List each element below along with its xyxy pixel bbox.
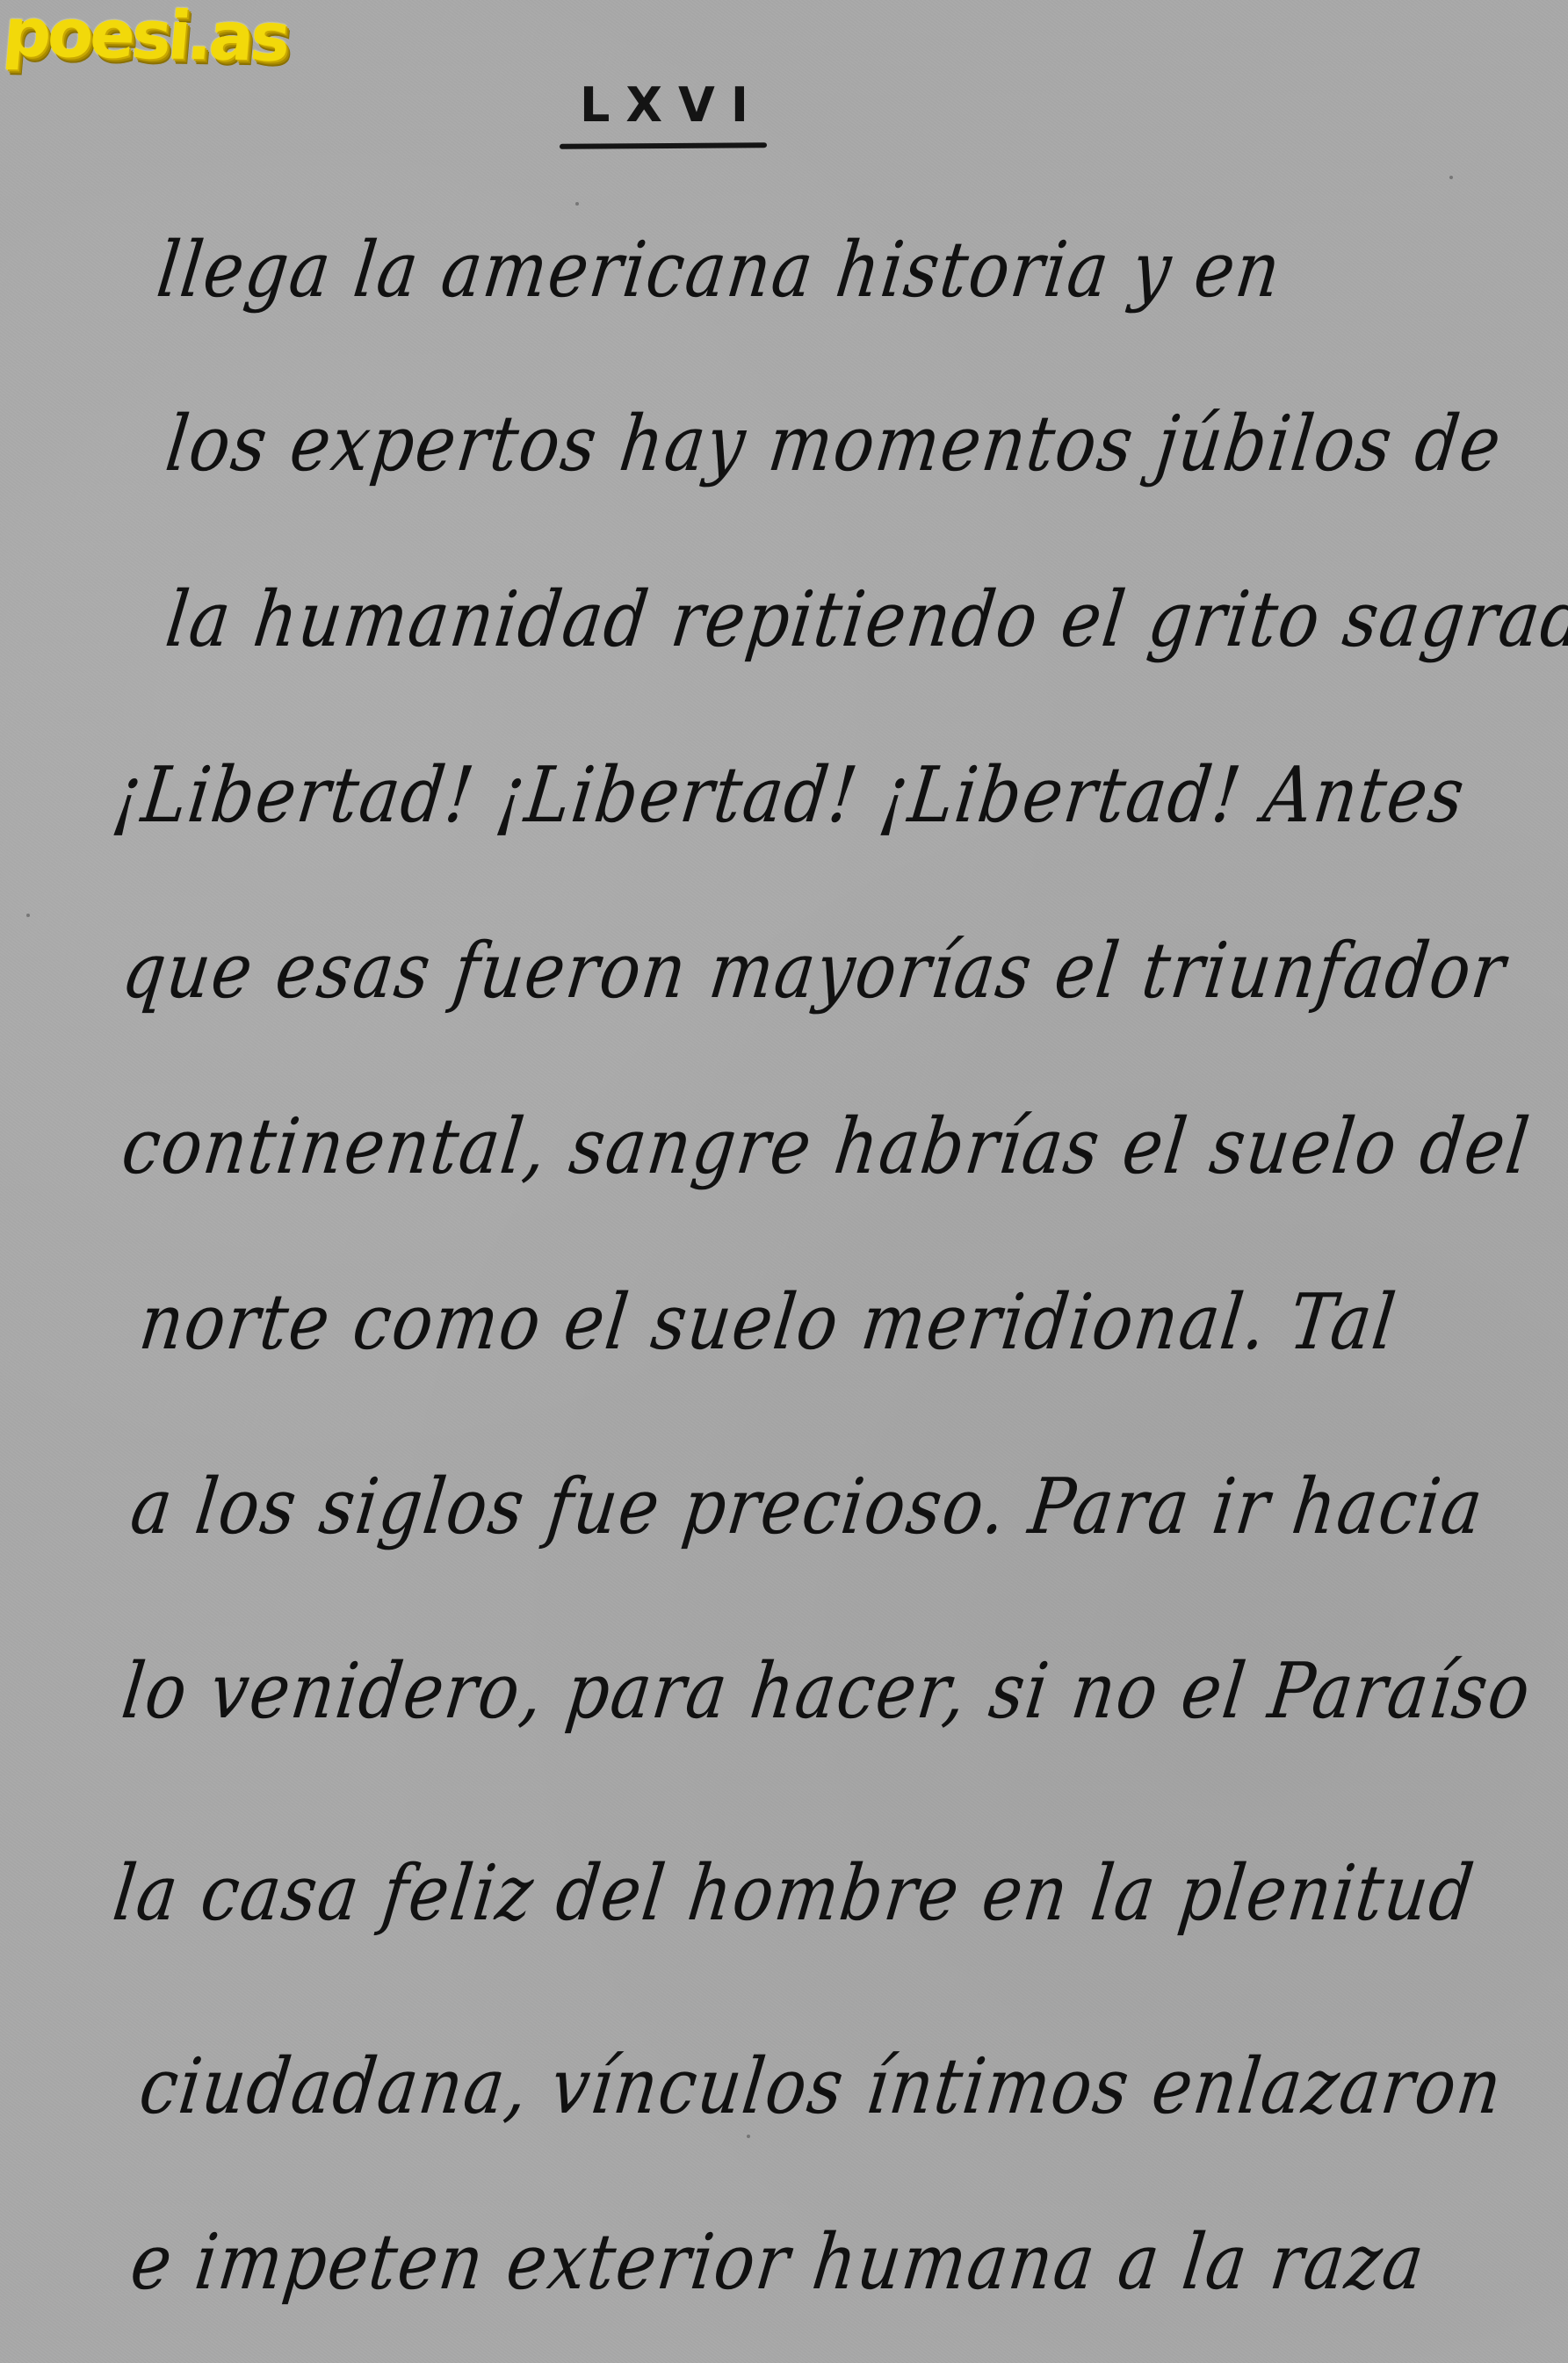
manuscript-line: llega la americana historia y en [153,224,1287,314]
manuscript-line: la casa feliz del hombre en la plenitud [109,1847,1480,1937]
manuscript-page: poesi.as LXVI llega la americana histori… [0,0,1568,2363]
paper-speck [1449,176,1453,179]
paper-speck [747,2135,750,2138]
poesias-logo[interactable]: poesi.as [1,0,290,71]
manuscript-line: a los siglos fue precioso. Para ir hacia [126,1461,1489,1550]
paper-speck [26,914,30,917]
manuscript-line: ¡Libertad! ¡Libertad! ¡Libertad! Antes [109,749,1470,839]
manuscript-line: continental, sangre habrías el suelo del [118,1101,1535,1190]
manuscript-line: e impeten exterior humana a la raza [126,2216,1430,2306]
manuscript-line: la humanidad repitiendo el grito sagrado [162,574,1568,663]
title-underline [560,142,767,149]
manuscript-line: lo venidero, para hacer, si no el Paraís… [118,1645,1536,1735]
manuscript-line: los expertos hay momentos júbilos de [162,398,1507,488]
manuscript-line: que esas fueron mayorías el triunfador [118,925,1512,1015]
manuscript-line: norte como el suelo meridional. Tal [135,1276,1402,1366]
paper-speck [575,202,579,206]
page-title-roman-numeral: LXVI [580,77,764,133]
manuscript-line: ciudadana, vínculos íntimos enlazaron [135,2041,1508,2130]
